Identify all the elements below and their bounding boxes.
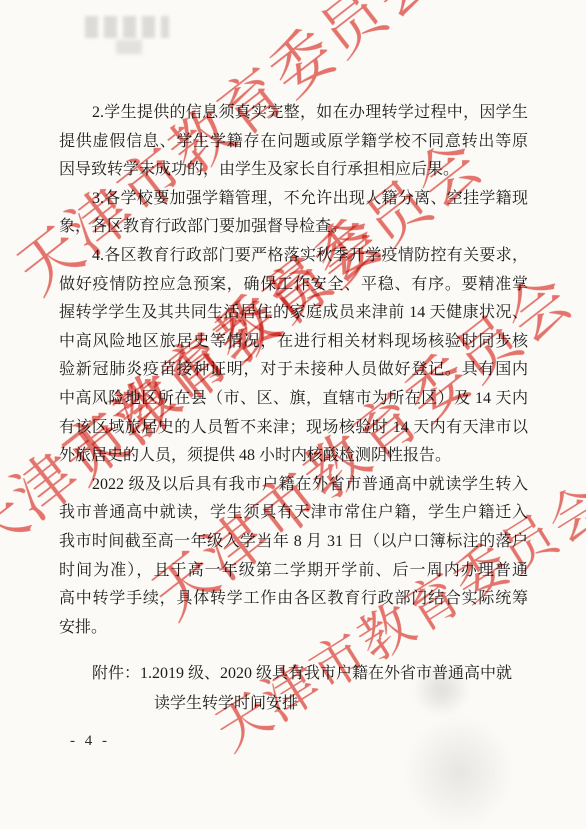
text-line: 验新冠肺炎疫苗接种证明，对于未接种人员做好登记。具有国内 — [59, 356, 528, 385]
text-line: 有该区域旅居史的人员暂不来津；现场核验时 14 天内有天津市以 — [59, 414, 528, 443]
text-line: 提供虚假信息、学生学籍存在问题或原学籍学校不同意转出等原 — [59, 128, 528, 157]
text-line: 握转学学生及其共同生活居住的家庭成员来津前 14 天健康状况、 — [59, 299, 528, 328]
text-line: 2.学生提供的信息须真实完整，如在办理转学过程中，因学生 — [59, 99, 528, 128]
text-line: 做好疫情防控应急预案，确保工作安全、平稳、有序。要精准掌 — [59, 271, 528, 300]
ghost-bleed-text — [85, 16, 169, 38]
attachment-block: 附件： 1.2019 级、2020 级具有我市户籍在外省市普通高中就读学生转学时… — [59, 659, 529, 719]
text-line: 因导致转学未成功的，由学生及家长自行承担相应后果。 — [59, 156, 528, 185]
attachment-label: 附件： — [92, 659, 140, 689]
text-line: 4.各区教育行政部门要严格落实秋季开学疫情防控有关要求， — [59, 242, 528, 271]
text-line: 象，各区教育行政部门要加强督导检查。 — [59, 213, 528, 242]
text-line: 中高风险地区所在县（市、区、旗，直辖市为所在区）及 14 天内 — [59, 385, 528, 414]
attachment-line: 1.2019 级、2020 级具有我市户籍在外省市普通高中就 — [140, 659, 529, 689]
text-line: 我市普通高中就读，学生须具有天津市常住户籍，学生户籍迁入 — [59, 499, 528, 528]
text-line: 3.各学校要加强学籍管理，不允许出现人籍分离、空挂学籍现 — [59, 185, 528, 214]
text-line: 高中转学手续，具体转学工作由各区教育行政部门结合实际统筹 — [59, 585, 528, 614]
attachment-line: 读学生转学时间安排 — [140, 689, 529, 719]
attachment-lines: 1.2019 级、2020 级具有我市户籍在外省市普通高中就读学生转学时间安排 — [140, 659, 529, 719]
text-line: 外旅居史的人员，须提供 48 小时内核酸检测阴性报告。 — [59, 442, 528, 471]
text-line: 时间为准），且于高一年级第二学期开学前、后一周内办理普通 — [59, 557, 528, 586]
text-line: 安排。 — [59, 614, 528, 643]
body-paragraph: 3.各学校要加强学籍管理，不允许出现人籍分离、空挂学籍现象，各区教育行政部门要加… — [59, 185, 528, 242]
body-paragraph: 2022 级及以后具有我市户籍在外省市普通高中就读学生转入我市普通高中就读，学生… — [59, 471, 528, 643]
text-line: 2022 级及以后具有我市户籍在外省市普通高中就读学生转入 — [59, 471, 528, 500]
text-line: 中高风险地区旅居史等情况，在进行相关材料现场核验时同步核 — [59, 328, 528, 357]
body-paragraph: 2.学生提供的信息须真实完整，如在办理转学过程中，因学生提供虚假信息、学生学籍存… — [59, 99, 528, 185]
text-line: 我市时间截至高一年级入学当年 8 月 31 日（以户口簿标注的落户 — [59, 528, 528, 557]
document-page: 2.学生提供的信息须真实完整，如在办理转学过程中，因学生提供虚假信息、学生学籍存… — [0, 0, 586, 829]
document-body: 2.学生提供的信息须真实完整，如在办理转学过程中，因学生提供虚假信息、学生学籍存… — [59, 99, 528, 642]
body-paragraph: 4.各区教育行政部门要严格落实秋季开学疫情防控有关要求，做好疫情防控应急预案，确… — [59, 242, 528, 471]
page-number: - 4 - — [70, 733, 110, 750]
ghost-bleed-text-2 — [116, 40, 142, 54]
